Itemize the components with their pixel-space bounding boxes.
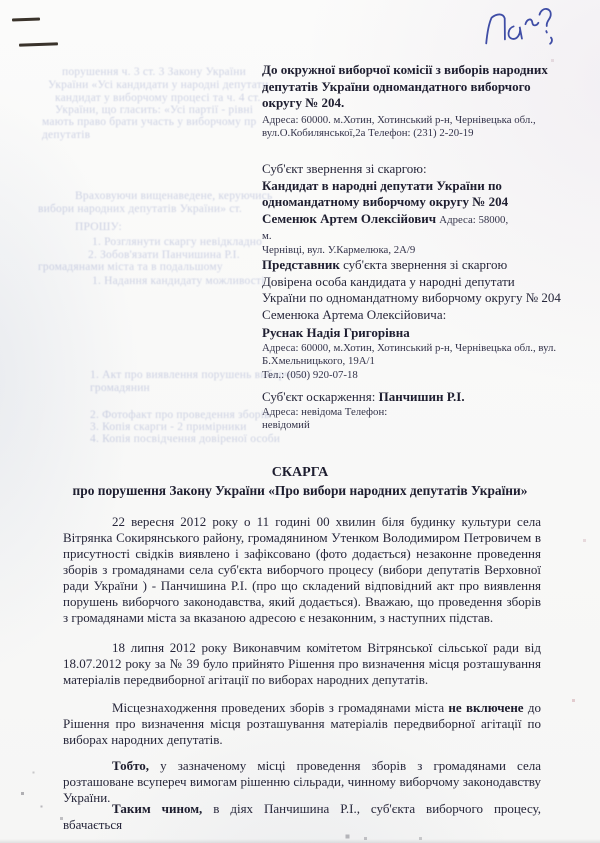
representative-label-rest: суб'єкта звернення зі скаргою — [340, 257, 507, 272]
respondent-line: Суб'єкт оскарження: Панчишин Р.І. — [262, 389, 562, 406]
handwritten-note: Панч? — [476, 0, 561, 60]
bleedthrough-line: ПРОШУ: — [75, 221, 122, 233]
representative-block: Представник суб'єкта звернення зі скарго… — [262, 257, 562, 383]
paragraph-4-bold: Тобто, — [112, 758, 149, 773]
bleedthrough-line: депутатів — [42, 129, 90, 141]
bleedthrough-line: України, що гласить: «Усі партії - рівні — [55, 104, 253, 116]
bleedthrough-line: громадянами міста та в подальшому — [38, 261, 223, 273]
recipient-block: До окружної виборчої комісії з виборів н… — [262, 62, 562, 141]
paragraph-3-bold: не включене — [448, 700, 523, 715]
respondent-label: Суб'єкт оскарження: — [262, 389, 379, 404]
handwriting-scribble-icon — [476, 0, 561, 60]
representative-name: Руснак Надія Григорівна — [262, 325, 562, 342]
complainant-name: Кандидат в народні депутати України по о… — [262, 178, 512, 245]
representative-label-bold: Представник — [262, 257, 340, 272]
recipient-title: До окружної виборчої комісії з виборів н… — [262, 62, 562, 112]
paragraph-2: 18 липня 2012 року Виконавчим комітетом … — [63, 640, 541, 688]
pen-mark — [19, 42, 58, 46]
paragraph-5-bold: Таким чином, — [112, 801, 202, 816]
scanned-complaint-page: порушення ч. 3 ст. 3 Закону України Укра… — [0, 0, 600, 843]
representative-description: Довірена особа кандидата у народні депут… — [262, 274, 562, 324]
paragraph-5: Таким чином, в діях Панчишина Р.І., суб'… — [63, 801, 541, 833]
paragraph-3: Місцезнаходження проведених зборів з гро… — [63, 700, 541, 748]
bleedthrough-line: вибори народних депутатів України» ст. — [38, 203, 242, 215]
bleedthrough-line: мають право брати участь у виборчому пр — [42, 116, 256, 128]
complainant-block: Суб'єкт звернення зі скаргою: Кандидат в… — [262, 161, 512, 258]
bleedthrough-line: 2. Зобов'язати Панчишина Р.І. — [88, 249, 240, 261]
paragraph-4: Тобто, у зазначеному місці проведення зб… — [63, 758, 541, 806]
document-title: СКАРГА — [60, 465, 540, 481]
bleedthrough-line: кандидат у виборчому процесі та ч. 4 ст. — [55, 92, 261, 104]
bleedthrough-line: порушення ч. 3 ст. 3 Закону України — [62, 66, 246, 78]
recipient-address: Адреса: 60000. м.Хотин, Хотинський р-н, … — [262, 114, 562, 142]
paragraph-1: 22 вересня 2012 року о 11 годині 00 хвил… — [63, 514, 541, 626]
document-subtitle: про порушення Закону України «Про вибори… — [60, 483, 540, 499]
representative-label: Представник суб'єкта звернення зі скарго… — [262, 257, 562, 274]
bleedthrough-line: Враховуючи вищенаведене, керуючись — [75, 190, 272, 202]
bleedthrough-line: України «Усі кандидати у народні депутат… — [48, 79, 268, 91]
bleedthrough-line: 1. Розглянути скаргу невідкладно — [92, 236, 262, 248]
bleedthrough-line: 2. Фотофакт про проведення зборів — [90, 409, 270, 421]
bleedthrough-line: 1. Надання кандидату можливості — [92, 275, 265, 287]
respondent-name: Панчишин Р.І. — [379, 389, 465, 404]
bleedthrough-line: 4. Копія посвідчення довіреної особи — [90, 433, 280, 445]
representative-address: Адреса: 60000, м.Хотин, Хотинський р-н, … — [262, 342, 562, 370]
bleedthrough-line: 3. Копія скарги - 2 примірники — [90, 421, 247, 433]
bleedthrough-line: громадянин — [90, 382, 150, 394]
scan-bottom-edge — [0, 839, 600, 843]
complainant-label: Суб'єкт звернення зі скаргою: — [262, 161, 512, 178]
respondent-address2: невідомий — [262, 419, 562, 433]
scan-speckles — [0, 0, 1, 1]
respondent-block: Суб'єкт оскарження: Панчишин Р.І. Адреса… — [262, 389, 562, 433]
complainant-address: Чернівці, вул. У.Кармелюка, 2А/9 — [262, 244, 512, 258]
pen-mark — [12, 18, 40, 22]
respondent-address: Адреса: невідома Телефон: — [262, 406, 562, 420]
representative-phone: Тел.: (050) 920-07-18 — [262, 369, 562, 383]
paragraph-3-text: Місцезнаходження проведених зборів з гро… — [112, 700, 448, 715]
